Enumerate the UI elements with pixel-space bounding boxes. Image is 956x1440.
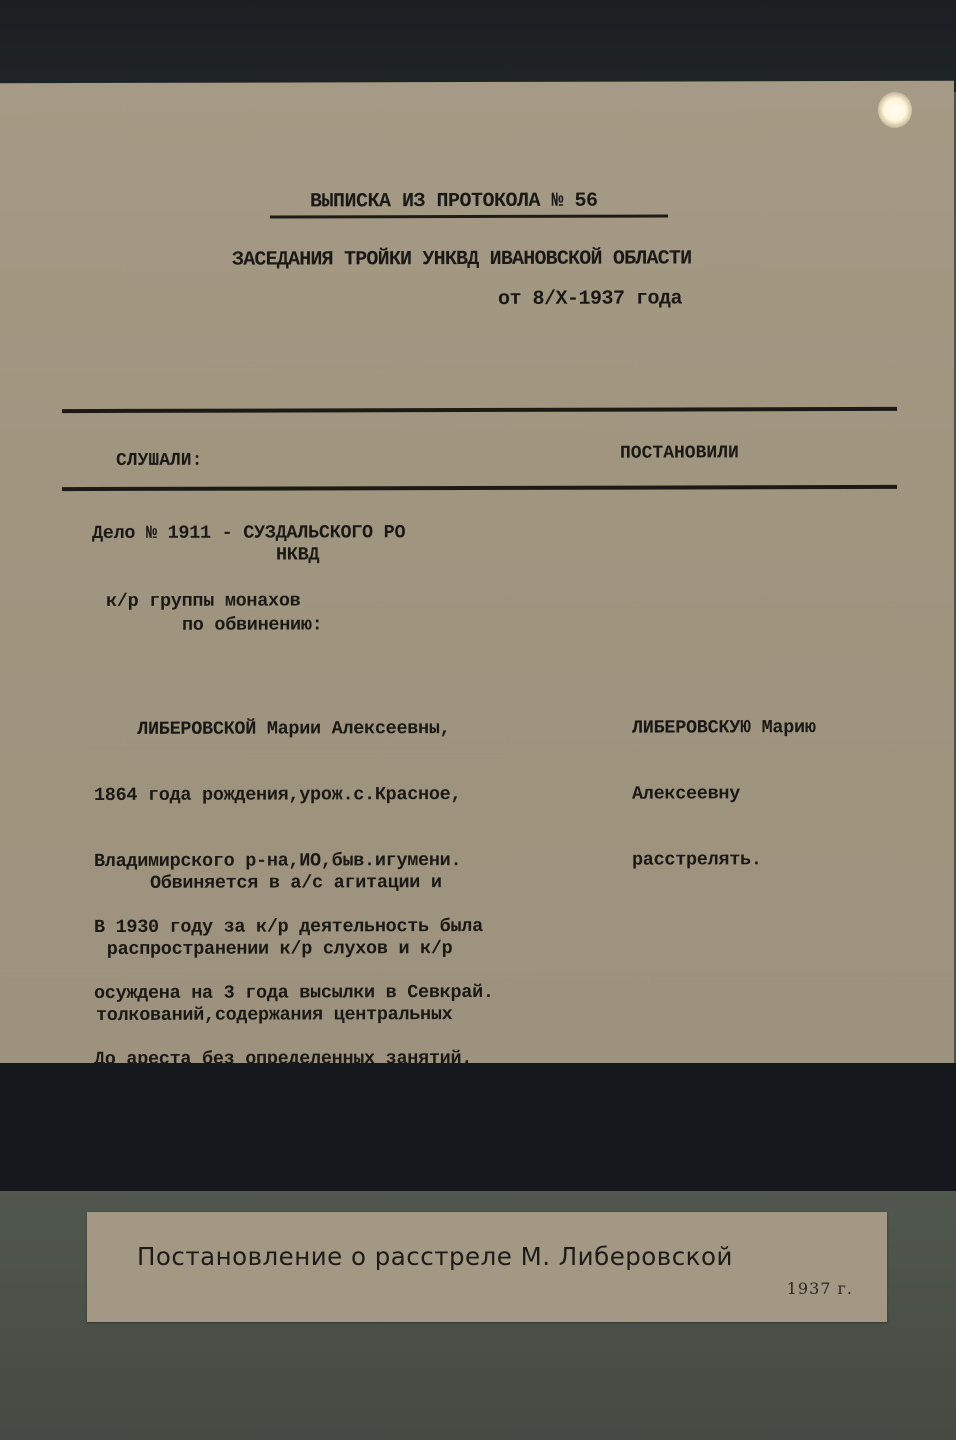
frame-top-band xyxy=(0,0,956,92)
frame-bottom-band xyxy=(0,1063,956,1191)
text-line: ЛИБЕРОВСКОЙ Марии Алексеевны, xyxy=(94,718,494,741)
case-agency: НКВД xyxy=(276,544,319,566)
case-accusation-label: по обвинению: xyxy=(182,614,322,636)
document-subtitle: ЗАСЕДАНИЯ ТРОЙКИ УНКВД ИВАНОВСКОЙ ОБЛАСТ… xyxy=(232,247,691,271)
document-date: от 8/X-1937 года xyxy=(498,287,682,310)
text-line: 1864 года рождения,урож.с.Красное, xyxy=(94,784,494,807)
text-line: распространении к/р слухов и к/р xyxy=(96,938,474,961)
text-line: расстрелять. xyxy=(632,849,816,871)
caption-title: Постановление о расстреле М. Либеровской xyxy=(137,1242,733,1271)
case-number: Дело № 1911 - СУЗДАЛЬСКОГО РО xyxy=(92,522,405,545)
text-line: толкований,содержания центральных xyxy=(96,1004,474,1027)
decided-heading: ПОСТАНОВИЛИ xyxy=(620,443,739,463)
document-sheet: ВЫПИСКА ИЗ ПРОТОКОЛА № 56 ЗАСЕДАНИЯ ТРОЙ… xyxy=(0,81,954,1067)
divider-bottom xyxy=(62,485,897,491)
light-glare xyxy=(878,92,912,128)
caption-plaque: Постановление о расстреле М. Либеровской… xyxy=(87,1212,887,1322)
text-line: Алексеевну xyxy=(632,783,816,805)
document-title: ВЫПИСКА ИЗ ПРОТОКОЛА № 56 xyxy=(310,190,598,214)
text-line: ЛИБЕРОВСКУЮ Марию xyxy=(632,717,816,739)
title-underline xyxy=(270,214,668,218)
decision-text: ЛИБЕРОВСКУЮ Марию Алексеевну расстрелять… xyxy=(632,673,816,915)
divider-top xyxy=(62,407,897,413)
text-line: Обвиняется в а/с агитации и xyxy=(96,872,474,895)
heard-heading: СЛУШАЛИ: xyxy=(116,451,202,471)
caption-year: 1937 г. xyxy=(787,1279,853,1298)
case-group: к/р группы монахов xyxy=(106,590,300,613)
